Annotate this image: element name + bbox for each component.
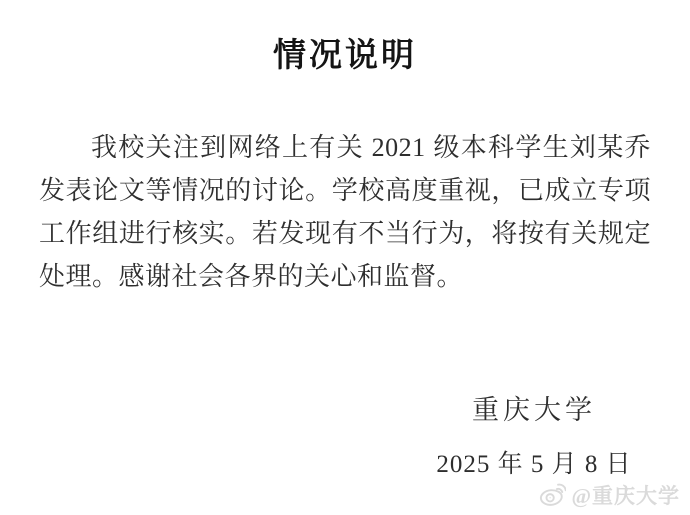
weibo-icon — [539, 483, 566, 507]
signature-date: 2025 年 5 月 8 日 — [424, 446, 644, 484]
document-title: 情况说明 — [0, 36, 690, 76]
weibo-watermark: @重庆大学 — [539, 480, 680, 510]
watermark-handle: @重庆大学 — [571, 480, 680, 510]
signature-name: 重庆大学 — [424, 390, 644, 430]
document-body-paragraph: 我校关注到网络上有关 2021 级本科学生刘某乔发表论文等情况的讨论。学校高度重… — [39, 126, 651, 298]
signature-block: 重庆大学 2025 年 5 月 8 日 — [424, 390, 644, 484]
statement-document: 情况说明 我校关注到网络上有关 2021 级本科学生刘某乔发表论文等情况的讨论。… — [0, 0, 690, 515]
